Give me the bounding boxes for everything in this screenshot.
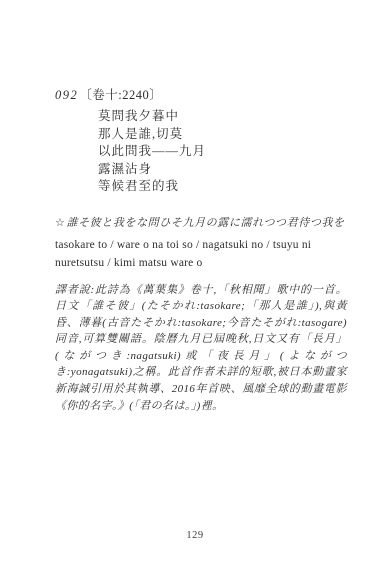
poem-number: 092 [55, 88, 78, 102]
poem-line: 以此問我——九月 [98, 143, 347, 161]
poem-line: 露濕沾身 [98, 161, 347, 179]
original-poem-block: ☆誰そ彼と我をな問ひそ九月の露に濡れつつ君待つ我を tasokare to / … [55, 216, 347, 273]
poem-header: 092〔卷十:2240〕 [55, 86, 347, 104]
book-page: 092〔卷十:2240〕 莫問我夕暮中 那人是誰,切莫 以此問我——九月 露濕沾… [0, 0, 390, 572]
poem-line: 莫問我夕暮中 [98, 108, 347, 126]
poem-source-reference: 〔卷十:2240〕 [79, 88, 162, 102]
poem-translation: 莫問我夕暮中 那人是誰,切莫 以此問我——九月 露濕沾身 等候君至的我 [98, 108, 347, 196]
japanese-original-line: ☆誰そ彼と我をな問ひそ九月の露に濡れつつ君待つ我を [55, 216, 347, 231]
page-number: 129 [0, 530, 390, 541]
japanese-original-text: 誰そ彼と我をな問ひそ九月の露に濡れつつ君待つ我を [66, 217, 344, 229]
romaji-transliteration: tasokare to / ware o na toi so / nagatsu… [55, 236, 347, 273]
page-content: 092〔卷十:2240〕 莫問我夕暮中 那人是誰,切莫 以此問我——九月 露濕沾… [55, 86, 347, 414]
poem-line: 等候君至的我 [98, 178, 347, 196]
poem-line: 那人是誰,切莫 [98, 126, 347, 144]
star-icon: ☆ [55, 217, 65, 229]
translator-note: 譯者說:此詩為《萬葉集》卷十,「秋相聞」歌中的一首。日文「誰そ彼」(たそかれ:t… [55, 282, 347, 415]
